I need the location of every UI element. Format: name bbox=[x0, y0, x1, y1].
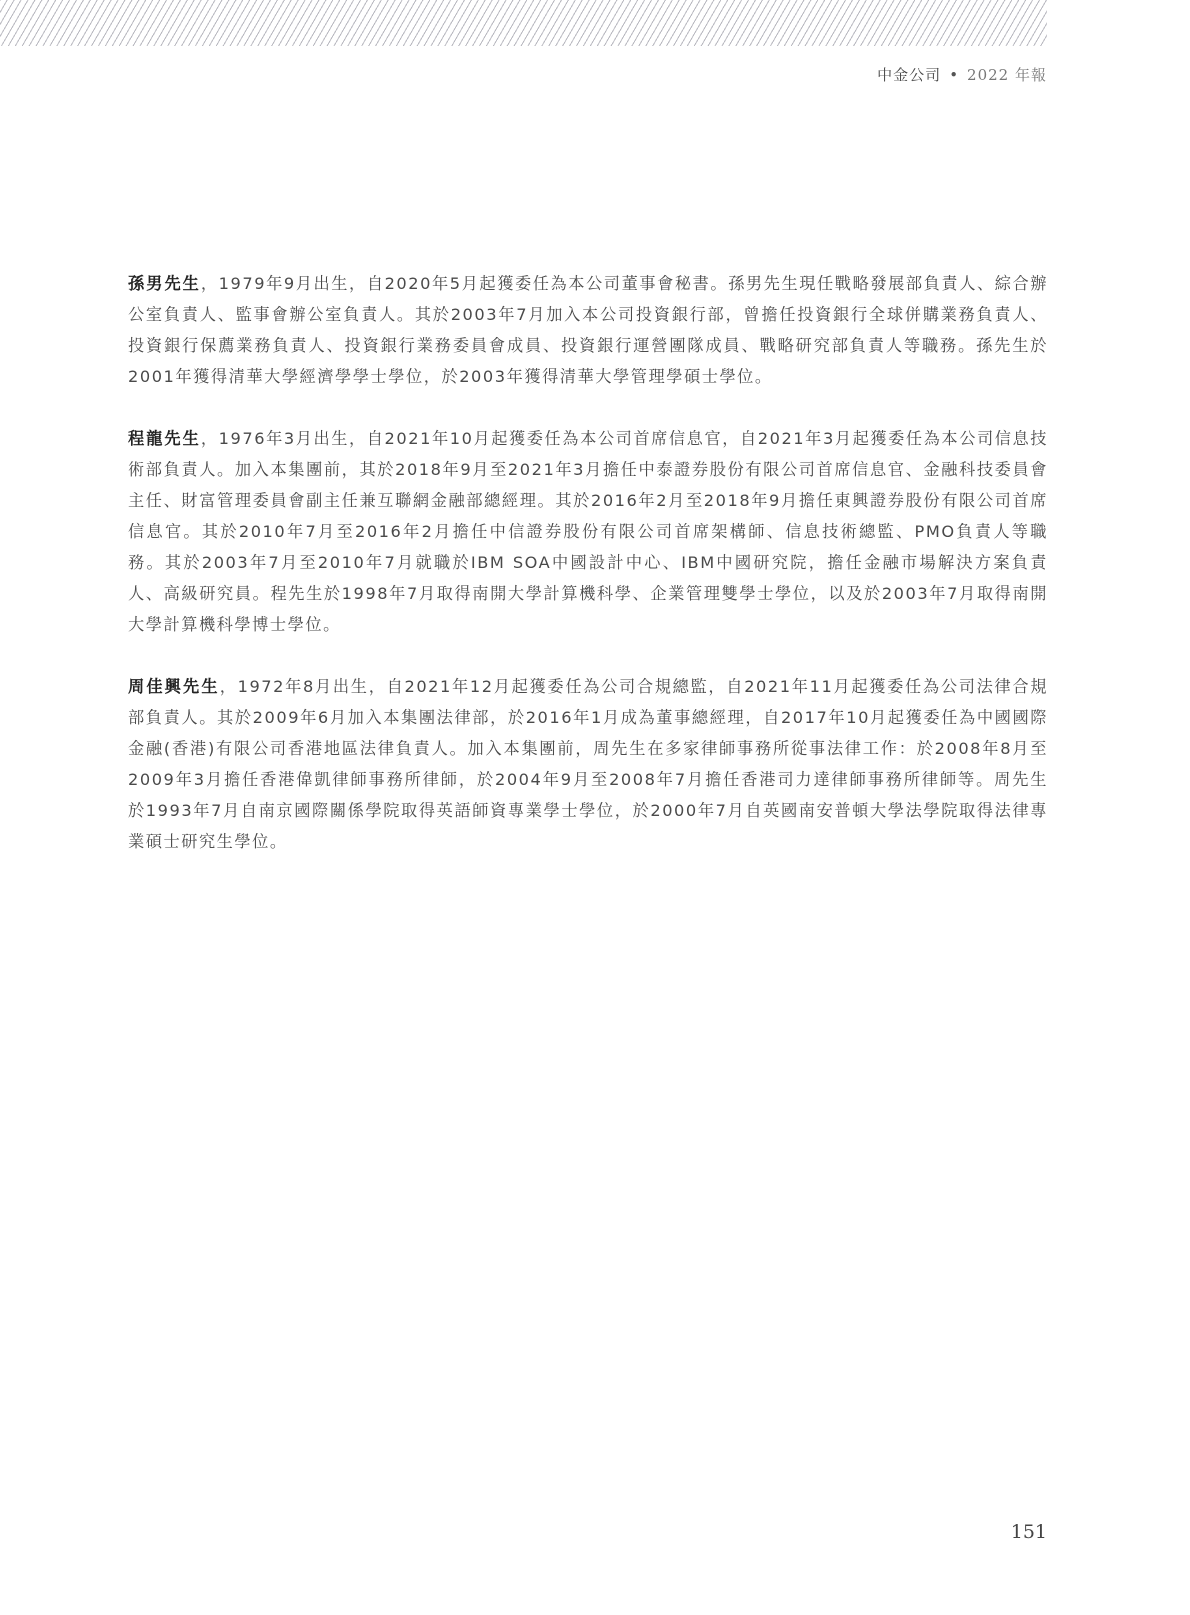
bio-name: 周佳興先生 bbox=[128, 677, 220, 696]
bio-text: ，1972年8月出生，自2021年12月起獲委任為公司合規總監，自2021年11… bbox=[128, 677, 1048, 851]
page-number: 151 bbox=[1011, 1521, 1047, 1543]
bio-text: ，1979年9月出生，自2020年5月起獲委任為本公司董事會秘書。孫男先生現任戰… bbox=[128, 274, 1048, 386]
biography-section: 孫男先生，1979年9月出生，自2020年5月起獲委任為本公司董事會秘書。孫男先… bbox=[128, 268, 1048, 888]
header-company: 中金公司 bbox=[877, 66, 941, 84]
bio-paragraph-cheng-long: 程龍先生，1976年3月出生，自2021年10月起獲委任為本公司首席信息官，自2… bbox=[128, 423, 1048, 640]
header-report-title: 2022 年報 bbox=[967, 66, 1047, 84]
decorative-hatch-band bbox=[0, 0, 1047, 46]
bio-name: 孫男先生 bbox=[128, 274, 201, 293]
running-header: 中金公司•2022 年報 bbox=[877, 64, 1047, 85]
bio-text: ，1976年3月出生，自2021年10月起獲委任為本公司首席信息官，自2021年… bbox=[128, 429, 1048, 634]
header-separator: • bbox=[949, 66, 959, 84]
bio-paragraph-sun-nan: 孫男先生，1979年9月出生，自2020年5月起獲委任為本公司董事會秘書。孫男先… bbox=[128, 268, 1048, 392]
bio-paragraph-zhou-jiaxing: 周佳興先生，1972年8月出生，自2021年12月起獲委任為公司合規總監，自20… bbox=[128, 671, 1048, 857]
bio-name: 程龍先生 bbox=[128, 429, 201, 448]
